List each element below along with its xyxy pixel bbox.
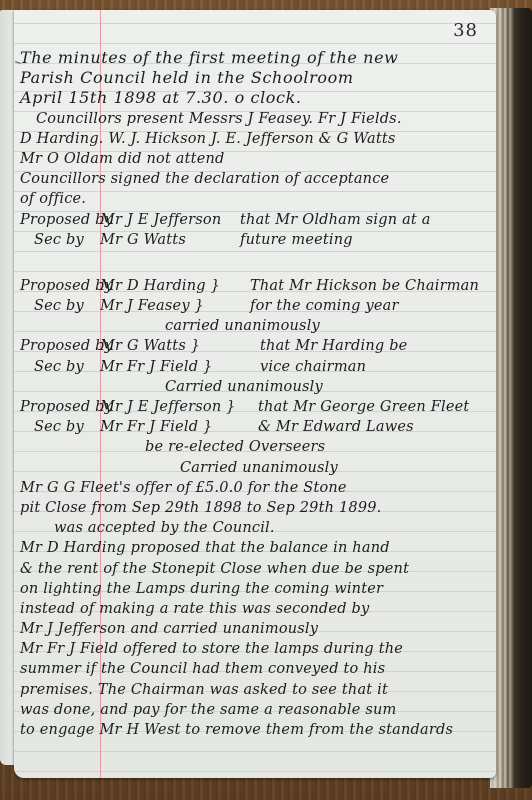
motion-seconded-line: Sec by Mr Fr J Field } vice chairman bbox=[20, 357, 488, 377]
motion-seconded-line: Sec by Mr G Watts future meeting bbox=[20, 230, 488, 250]
resolution: that Mr Harding be bbox=[260, 336, 407, 356]
minutes-line: instead of making a rate this was second… bbox=[20, 599, 488, 619]
minutes-line: to engage Mr H West to remove them from … bbox=[20, 720, 488, 740]
minutes-line: was accepted by the Council. bbox=[20, 518, 488, 538]
minutes-line: & the rent of the Stonepit Close when du… bbox=[20, 559, 488, 579]
motion-proposed-line: Proposed by Mr J E Jefferson that Mr Old… bbox=[20, 210, 488, 230]
seconder: Mr Fr J Field } bbox=[100, 417, 212, 437]
minutes-line: summer if the Council had them conveyed … bbox=[20, 659, 488, 679]
page-number: 38 bbox=[453, 20, 478, 41]
seconded-label: Sec by bbox=[34, 230, 84, 250]
seconded-label: Sec by bbox=[34, 357, 84, 377]
minutes-line: D Harding. W. J. Hickson J. E. Jefferson… bbox=[20, 129, 488, 149]
minutes-line: premises. The Chairman was asked to see … bbox=[20, 680, 488, 700]
motion-result: carried unanimously bbox=[20, 316, 488, 336]
resolution: that Mr George Green Fleet bbox=[258, 397, 469, 417]
motion-seconded-line: Sec by Mr Fr J Field } & Mr Edward Lawes bbox=[20, 417, 488, 437]
resolution: & Mr Edward Lawes bbox=[258, 417, 414, 437]
minutes-line: Councillors signed the declaration of ac… bbox=[20, 169, 488, 189]
blank-line bbox=[20, 250, 488, 276]
motion-proposed-line: Proposed by Mr D Harding } That Mr Hicks… bbox=[20, 276, 488, 296]
seconded-label: Sec by bbox=[34, 296, 84, 316]
proposer: Mr G Watts } bbox=[100, 336, 200, 356]
proposer: Mr J E Jefferson bbox=[100, 210, 221, 230]
minutes-line: April 15th 1898 at 7.30. o clock. bbox=[20, 88, 488, 108]
ledger-page: 38 The minutes of the first meeting of t… bbox=[14, 10, 496, 778]
page-stack-edge bbox=[490, 8, 532, 788]
resolution: that Mr Oldham sign at a bbox=[240, 210, 431, 230]
minutes-line: pit Close from Sep 29th 1898 to Sep 29th… bbox=[20, 498, 488, 518]
resolution: That Mr Hickson be Chairman bbox=[250, 276, 479, 296]
minutes-line: Parish Council held in the Schoolroom bbox=[20, 68, 488, 88]
motion-proposed-line: Proposed by Mr G Watts } that Mr Harding… bbox=[20, 336, 488, 356]
proposer: Mr D Harding } bbox=[100, 276, 220, 296]
resolution: for the coming year bbox=[250, 296, 399, 316]
resolution: vice chairman bbox=[260, 357, 366, 377]
minutes-line: Mr Fr J Field offered to store the lamps… bbox=[20, 639, 488, 659]
minutes-text: The minutes of the first meeting of the … bbox=[20, 48, 488, 740]
seconder: Mr Fr J Field } bbox=[100, 357, 212, 377]
seconder: Mr J Feasey } bbox=[100, 296, 204, 316]
motion-seconded-line: Sec by Mr J Feasey } for the coming year bbox=[20, 296, 488, 316]
minutes-line: of office. bbox=[20, 189, 488, 209]
motion-result: Carried unanimously bbox=[20, 458, 488, 478]
minutes-line: Mr O Oldam did not attend bbox=[20, 149, 488, 169]
motion-proposed-line: Proposed by Mr J E Jefferson } that Mr G… bbox=[20, 397, 488, 417]
seconder: Mr G Watts bbox=[100, 230, 186, 250]
minutes-line: on lighting the Lamps during the coming … bbox=[20, 579, 488, 599]
minutes-line: The minutes of the first meeting of the … bbox=[20, 48, 488, 68]
minutes-line: Mr J Jefferson and carried unanimously bbox=[20, 619, 488, 639]
minutes-line: Mr D Harding proposed that the balance i… bbox=[20, 538, 488, 558]
motion-result: Carried unanimously bbox=[20, 377, 488, 397]
minutes-line: Mr G G Fleet's offer of £5.0.0 for the S… bbox=[20, 478, 488, 498]
minutes-line: Councillors present Messrs J Feasey. Fr … bbox=[20, 109, 488, 129]
seconded-label: Sec by bbox=[34, 417, 84, 437]
resolution: future meeting bbox=[240, 230, 353, 250]
minutes-line: was done, and pay for the same a reasona… bbox=[20, 700, 488, 720]
motion-continuation: be re-elected Overseers bbox=[20, 437, 488, 457]
proposer: Mr J E Jefferson } bbox=[100, 397, 236, 417]
